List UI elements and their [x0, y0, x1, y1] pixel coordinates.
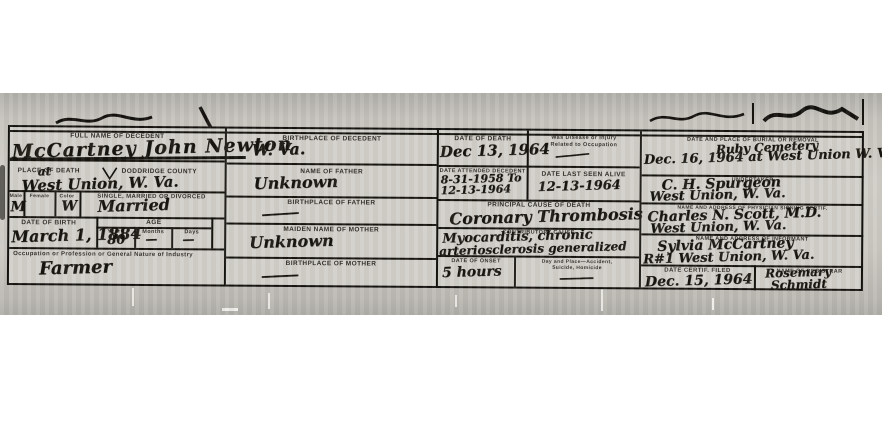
father-birthplace-label: BIRTHPLACE OF FATHER — [226, 199, 436, 207]
informant-line2: R#1 West Union, W. Va. — [643, 249, 815, 267]
mother-birthplace-label: BIRTHPLACE OF MOTHER — [226, 260, 436, 268]
contributory-cause-line2: arteriosclerosis generalized — [439, 240, 627, 257]
scan-scratch — [268, 293, 270, 309]
sex-value: M — [10, 200, 26, 214]
father-name-value: Unknown — [253, 174, 338, 192]
occupation-related-label: Was Disease or Injury — [529, 135, 639, 142]
father-birthplace-value: ——— — [261, 206, 298, 222]
undertaker-line2: West Union, W. Va. — [649, 187, 785, 204]
mother-birthplace-value: ——— — [261, 268, 298, 284]
age-months-value: — — [145, 233, 157, 245]
principal-cause-value: Coronary Thrombosis — [449, 206, 643, 227]
grid-line-stub — [752, 103, 754, 124]
place-of-death-line2: West Union, W. Va. — [21, 174, 178, 193]
scanned-death-certificate: FULL NAME OF DECEDENT McCartney John New… — [0, 93, 882, 315]
accident-value: ——— — [559, 272, 592, 286]
partial-handwriting-stroke — [648, 105, 748, 127]
occupation-value: Farmer — [39, 258, 112, 278]
scan-scratch — [132, 288, 134, 306]
female-column-label: Female — [25, 193, 53, 199]
age-days-value: — — [182, 233, 194, 245]
grid-line-stub — [862, 99, 864, 125]
grid-line — [211, 217, 213, 248]
mother-maiden-value: Unknown — [249, 233, 334, 251]
scan-edge-smudge — [0, 165, 5, 220]
grid-line — [227, 163, 437, 166]
physician-line2: West Union, W. Va. — [650, 219, 786, 236]
burial-line2: Dec. 16, 1964 at West Union W. Va. — [644, 147, 882, 167]
date-filed-value: Dec. 15, 1964 — [645, 272, 753, 289]
certificate-form-grid: FULL NAME OF DECEDENT McCartney John New… — [7, 125, 864, 291]
scan-scratch — [222, 308, 238, 311]
color-value: W — [61, 199, 77, 213]
scan-scratch — [712, 298, 714, 310]
date-attended-line2: 12-13-1964 — [440, 183, 511, 196]
scan-scratch — [455, 295, 457, 307]
occupation-related-value: ——— — [554, 147, 588, 163]
date-last-seen-value: 12-13-1964 — [537, 179, 620, 194]
age-years-value: 80 — [107, 234, 125, 248]
registrar-signature-line2: Schmidt — [771, 278, 827, 292]
marital-status-value: Married — [97, 197, 170, 215]
birthplace-decedent-value: W. Va. — [252, 141, 306, 158]
date-of-onset-value: 5 hours — [442, 264, 502, 280]
date-last-seen-label: DATE LAST SEEN ALIVE — [529, 171, 639, 179]
partial-handwriting-stroke — [762, 99, 862, 127]
